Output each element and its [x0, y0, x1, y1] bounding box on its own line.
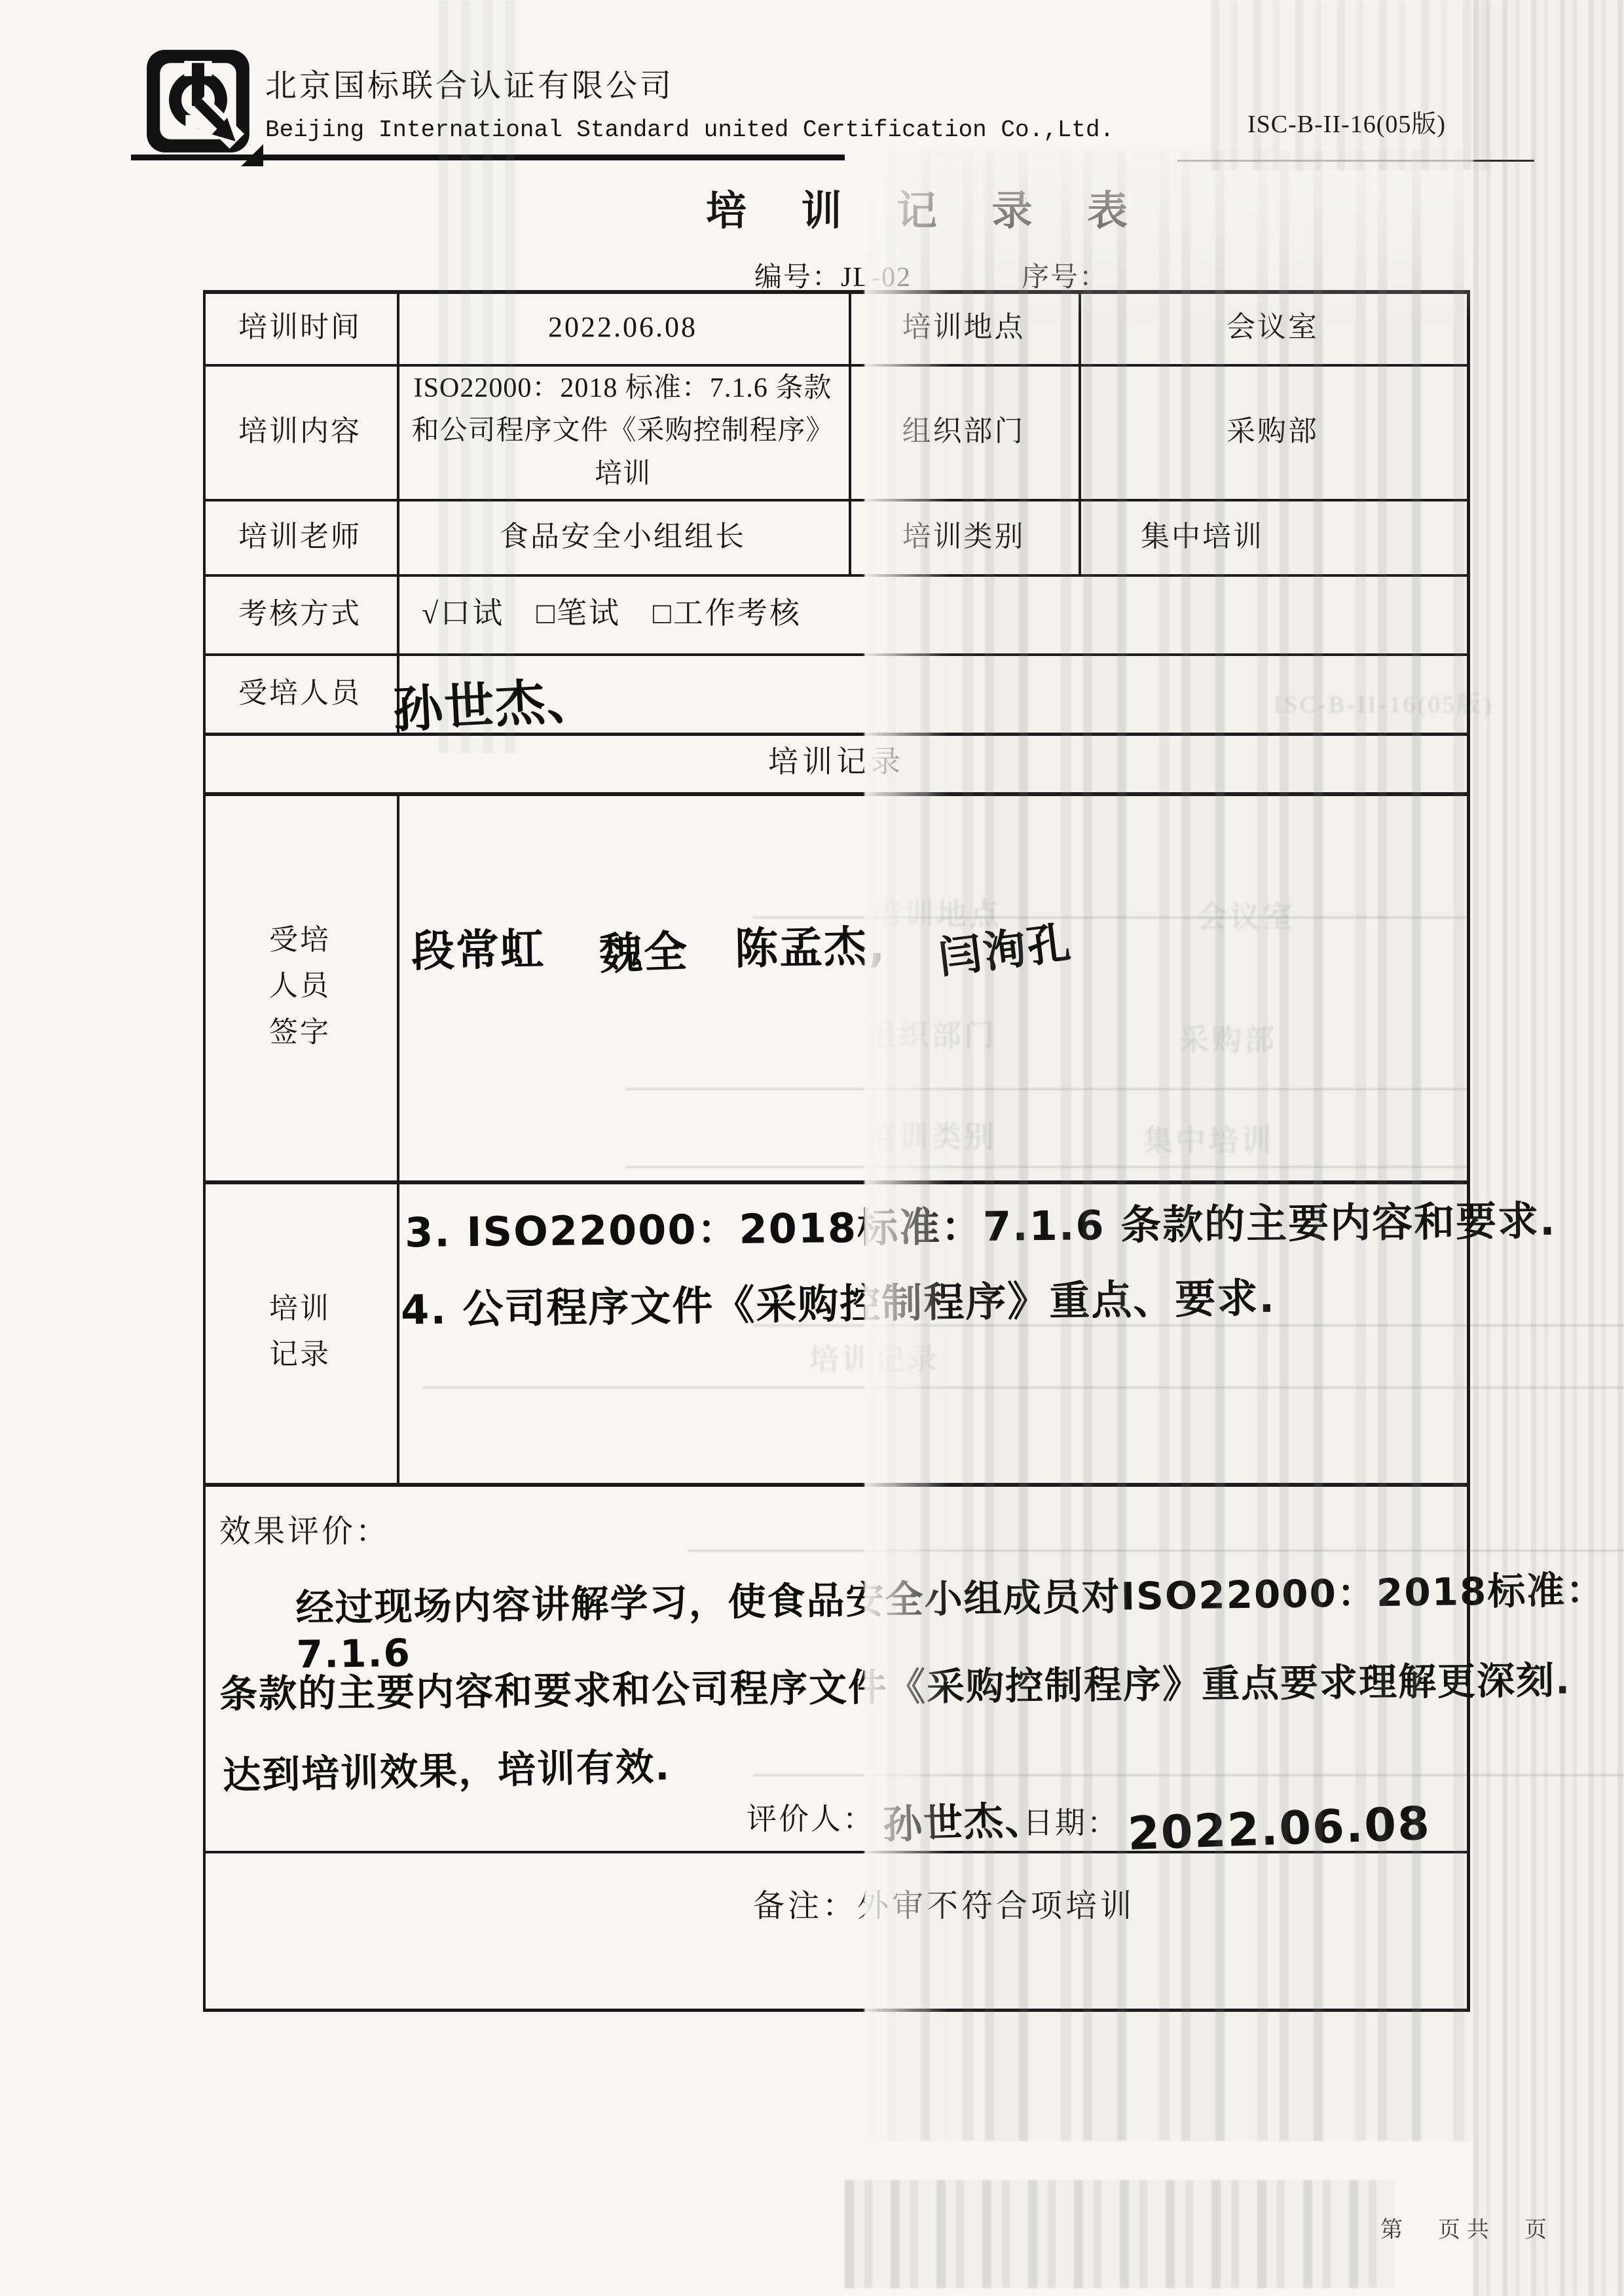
- cell-training-time-value: 2022.06.08: [397, 290, 849, 364]
- scanned-training-record-page: { "header": { "logo": "bisc-certificatio…: [0, 0, 1624, 2296]
- cell-training-type-label: 培训类别: [849, 499, 1079, 574]
- cell-training-record-label: 培训 记录: [203, 1180, 397, 1483]
- ghost-centralized-training: 集中培训: [1143, 1117, 1274, 1160]
- remark-value: 外审不符合项培训: [857, 1889, 1135, 1923]
- ghost-purchase-dept: 采购部: [1179, 1016, 1277, 1059]
- row-divider: [203, 1483, 1469, 1487]
- cell-exam-method-label: 考核方式: [203, 574, 397, 653]
- page-number-footer: 第 页共 页: [1380, 2212, 1553, 2244]
- evaluation-paragraph-3: 达到培训效果，培训有效.: [222, 1736, 671, 1800]
- cell-exam-method-value: √口试 □笔试 □工作考核: [397, 574, 1467, 653]
- signature-2: 魏全: [598, 917, 689, 982]
- signature-1: 段常虹: [411, 914, 545, 979]
- ghost-meeting-room: 会议室: [1197, 893, 1295, 936]
- evaluator-label: 评价人：: [747, 1795, 875, 1838]
- scan-streak-band-top-right: [1211, 0, 1493, 170]
- scan-streak-band-bottom: [845, 2180, 1395, 2288]
- company-logo-icon: [145, 48, 263, 166]
- scan-streak-band-right-margin: [1473, 0, 1624, 2296]
- cell-training-place-value: 会议室: [1079, 290, 1467, 364]
- remark: 备注：外审不符合项培训: [753, 1880, 1135, 1925]
- doc-serial-label: 序号：: [1022, 255, 1108, 295]
- effect-evaluation-label: 效果评价：: [219, 1506, 390, 1551]
- doc-number-value: JL-02: [841, 263, 912, 293]
- cell-organize-dept-label: 组织部门: [849, 364, 1079, 499]
- evaluation-date-handwritten: 2022.06.08: [1127, 1796, 1431, 1861]
- ghost-line: [688, 1550, 1624, 1552]
- company-name-chinese: 北京国标联合认证有限公司: [265, 60, 674, 105]
- cell-trainee-sign-label: 受培 人员 签字: [203, 792, 397, 1180]
- cell-training-content-value: ISO22000：2018 标准：7.1.6 条款 和公司程序文件《采购控制程序…: [397, 364, 849, 499]
- trainee-signature-handwritten: 孙世杰、: [391, 660, 599, 742]
- ghost-line: [753, 1774, 1624, 1776]
- table-border-right: [1467, 290, 1470, 2012]
- ghost-doc-code: ISC-B-II-16(05版): [1274, 686, 1494, 720]
- cell-training-time-label: 培训时间: [203, 290, 397, 364]
- section-header-training-record: 培训记录: [203, 733, 1469, 792]
- header-rule-left: [131, 155, 845, 160]
- cell-training-place-label: 培训地点: [849, 290, 1079, 364]
- cell-trainer-value: 食品安全小组组长: [397, 499, 849, 574]
- cell-organize-dept-value: 采购部: [1079, 364, 1467, 499]
- doc-number-label: 编号：: [754, 263, 841, 293]
- company-name-english: Beijing International Standard united Ce…: [265, 117, 1114, 143]
- ghost-line: [422, 1387, 1624, 1389]
- table-border-bottom: [203, 2009, 1469, 2012]
- remark-label: 备注：: [753, 1889, 857, 1923]
- evaluator-signature-handwritten: 孙世杰、: [882, 1789, 1046, 1851]
- cell-training-content-label: 培训内容: [203, 364, 397, 499]
- ghost-line: [625, 1088, 1467, 1090]
- header-rule-right: [1177, 160, 1534, 162]
- column-divider: [397, 792, 399, 1483]
- cell-trainer-label: 培训老师: [203, 499, 397, 574]
- training-record-line-1: 3. ISO22000：2018标准：7.1.6 条款的主要内容和要求.: [405, 1188, 1557, 1258]
- training-record-line-2: 4. 公司程序文件《采购控制程序》重点、要求.: [400, 1266, 1276, 1336]
- ghost-training-record: 培训记录: [809, 1336, 940, 1379]
- page-title: 培 训 记 录 表: [706, 178, 1150, 236]
- cell-training-type-value: 集中培训: [1079, 499, 1467, 574]
- signature-3: 陈孟杰,: [734, 911, 887, 976]
- cell-trainees-label: 受培人员: [203, 653, 397, 733]
- doc-number: 编号：JL-02: [754, 255, 912, 295]
- ghost-training-type: 培训类别: [866, 1113, 997, 1156]
- ghost-organize-dept: 组织部门: [866, 1011, 997, 1055]
- ghost-line: [625, 1166, 1467, 1168]
- document-code: ISC-B-II-16(05版): [1247, 103, 1446, 139]
